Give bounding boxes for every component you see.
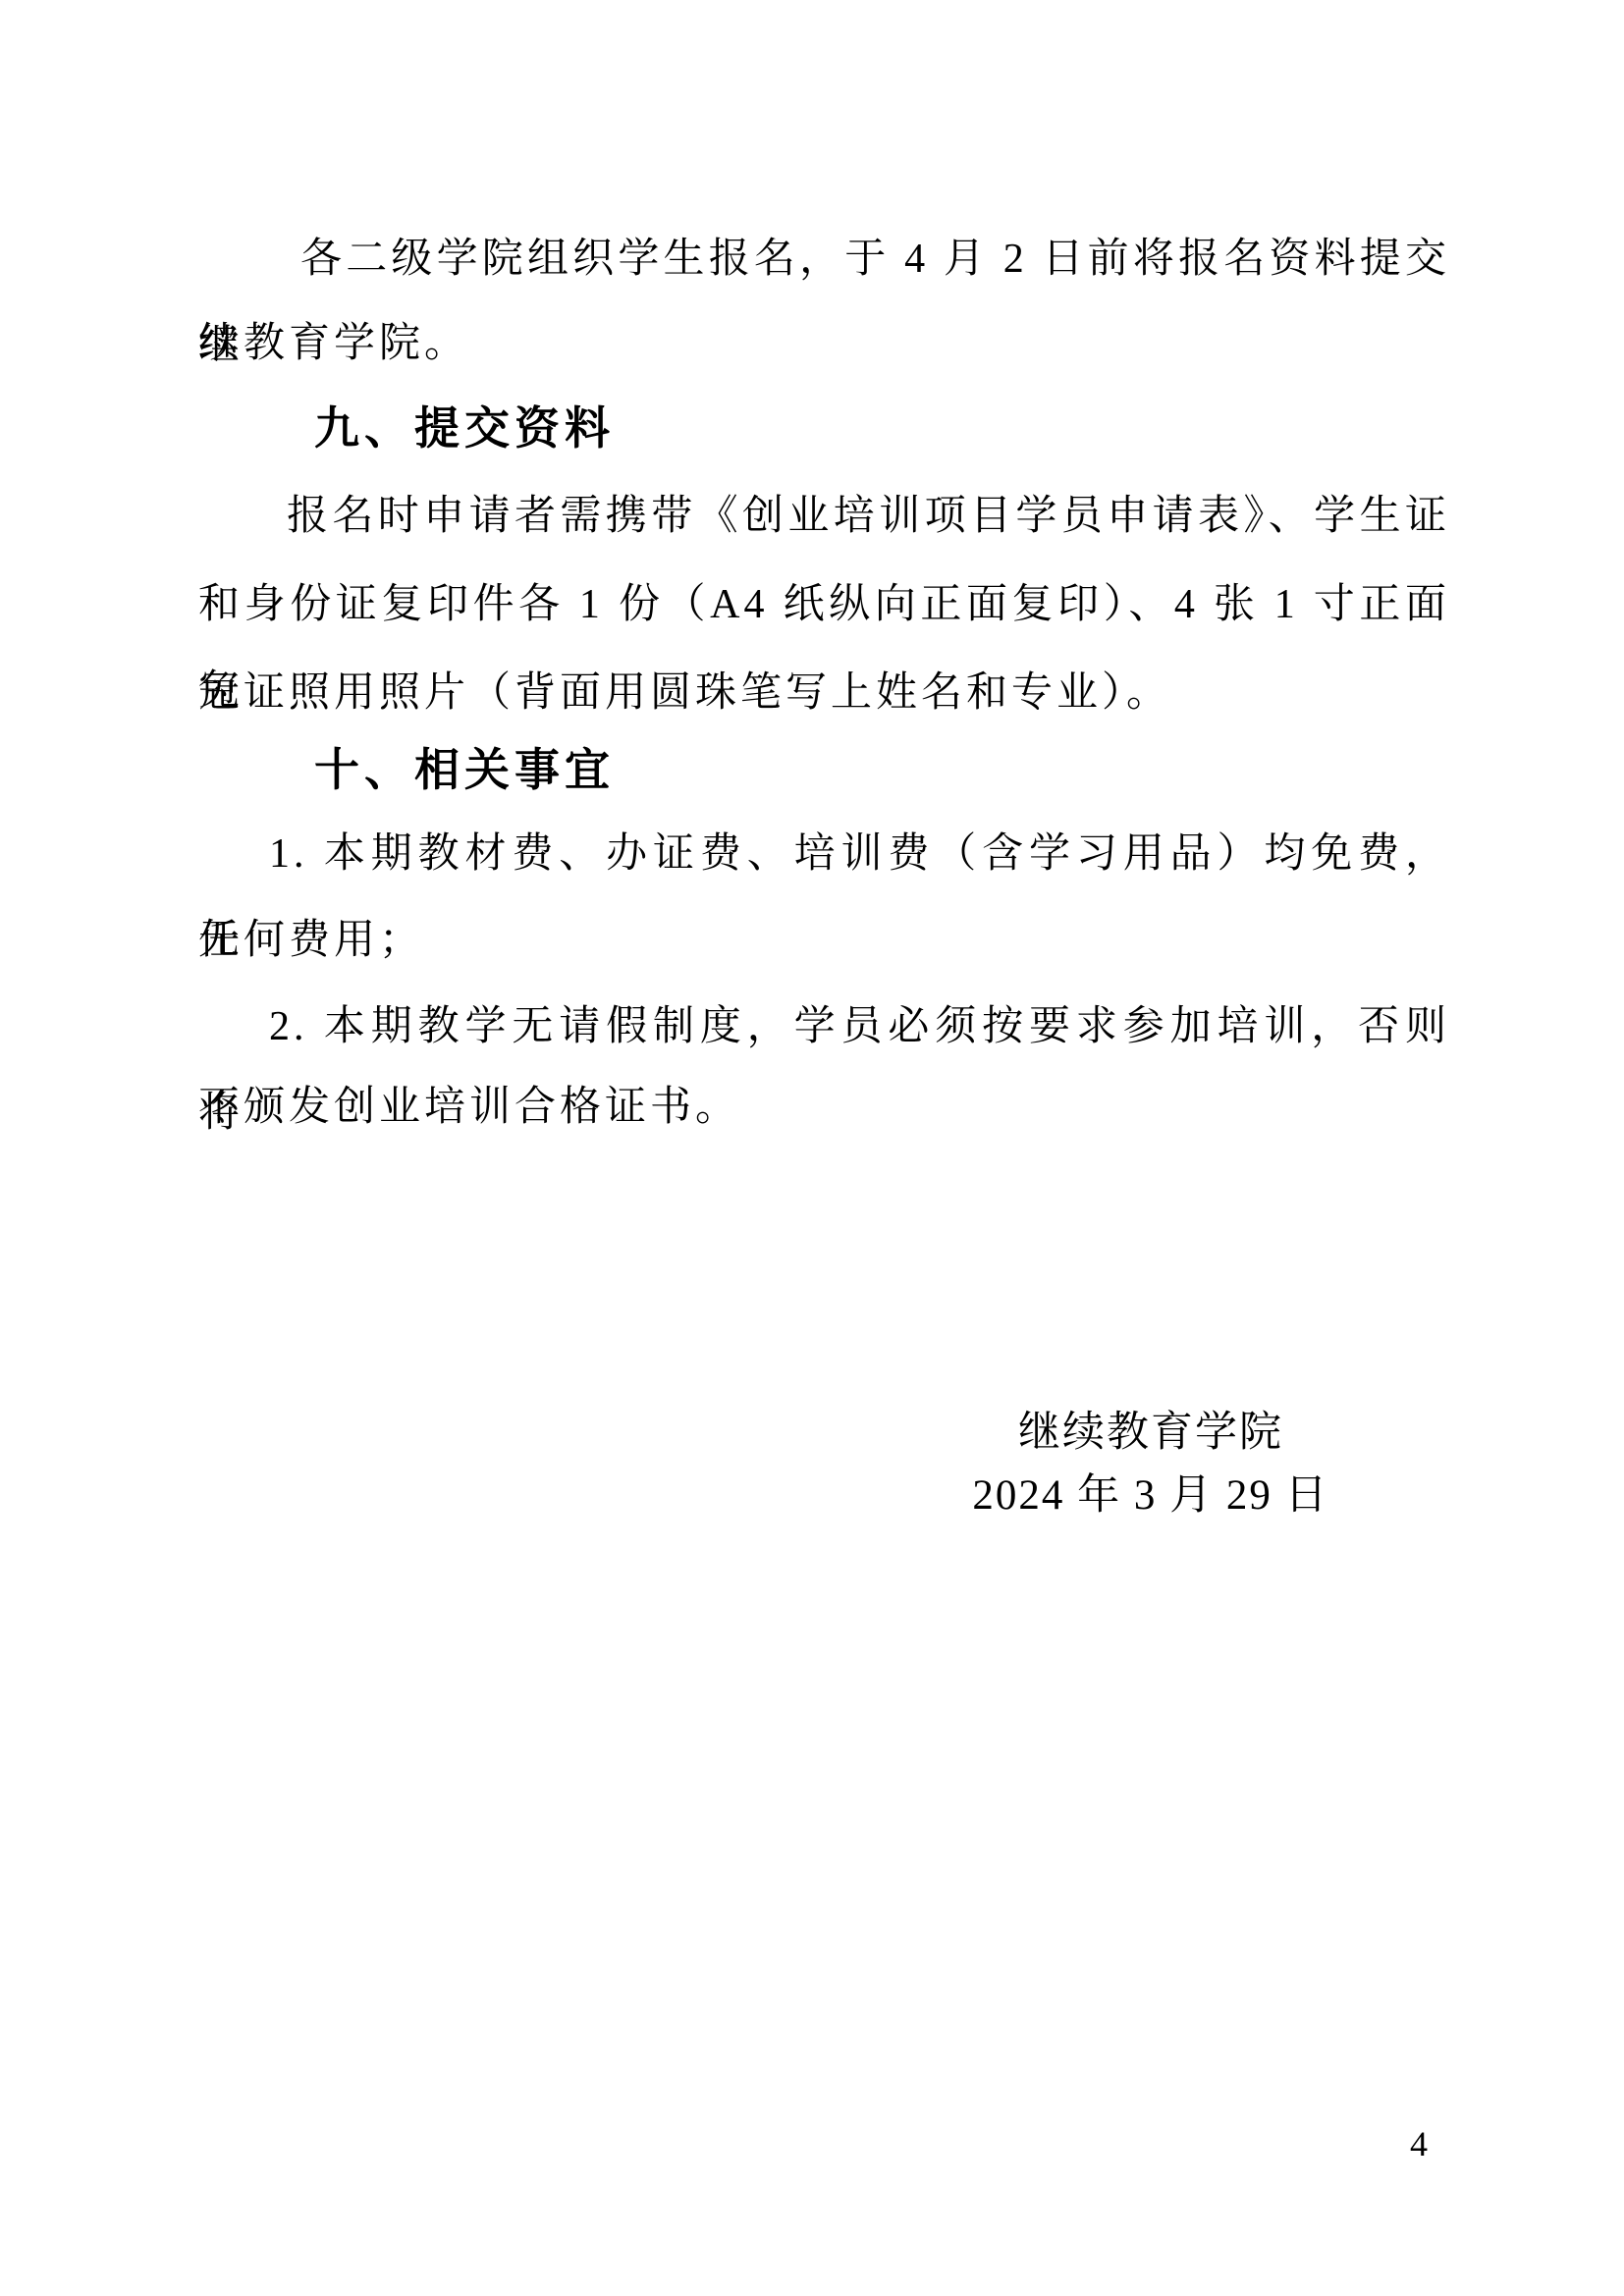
document-body: 各二级学院组织学生报名，于 4 月 2 日前将报名资料提交继 续教育学院。 九、… — [198, 0, 1450, 2296]
related-item-2-line-2: 不颁发创业培训合格证书。 — [198, 1064, 1450, 1150]
signature-org-name: 继续教育学院 — [876, 1402, 1426, 1465]
signature-date: 2024 年 3 月 29 日 — [876, 1465, 1426, 1527]
intro-paragraph-line-2: 续教育学院。 — [198, 300, 1450, 387]
materials-paragraph-line-2: 和身份证复印件各 1 份（A4 纸纵向正面复印）、4 张 1 寸正面免 — [198, 561, 1450, 648]
intro-paragraph-line-1: 各二级学院组织学生报名，于 4 月 2 日前将报名资料提交继 — [198, 216, 1450, 302]
materials-paragraph-line-3: 冠证照用照片（背面用圆珠笔写上姓名和专业）。 — [198, 650, 1450, 736]
document-page: 各二级学院组织学生报名，于 4 月 2 日前将报名资料提交继 续教育学院。 九、… — [0, 0, 1624, 2296]
closing-signature-block: 继续教育学院 2024 年 3 月 29 日 — [876, 1402, 1426, 1527]
section-heading-ten: 十、相关事宜 — [198, 726, 1450, 813]
materials-paragraph-line-1: 报名时申请者需携带《创业培训项目学员申请表》、学生证 — [198, 473, 1450, 560]
related-item-2-line-1: 2. 本期教学无请假制度，学员必须按要求参加培训，否则将 — [198, 984, 1450, 1070]
page-number: 4 — [1410, 2122, 1428, 2165]
section-heading-nine: 九、提交资料 — [198, 385, 1450, 471]
related-item-1-line-2: 任何费用； — [198, 897, 1450, 984]
related-item-1-line-1: 1. 本期教材费、办证费、培训费（含学习用品）均免费，无 — [198, 811, 1450, 897]
